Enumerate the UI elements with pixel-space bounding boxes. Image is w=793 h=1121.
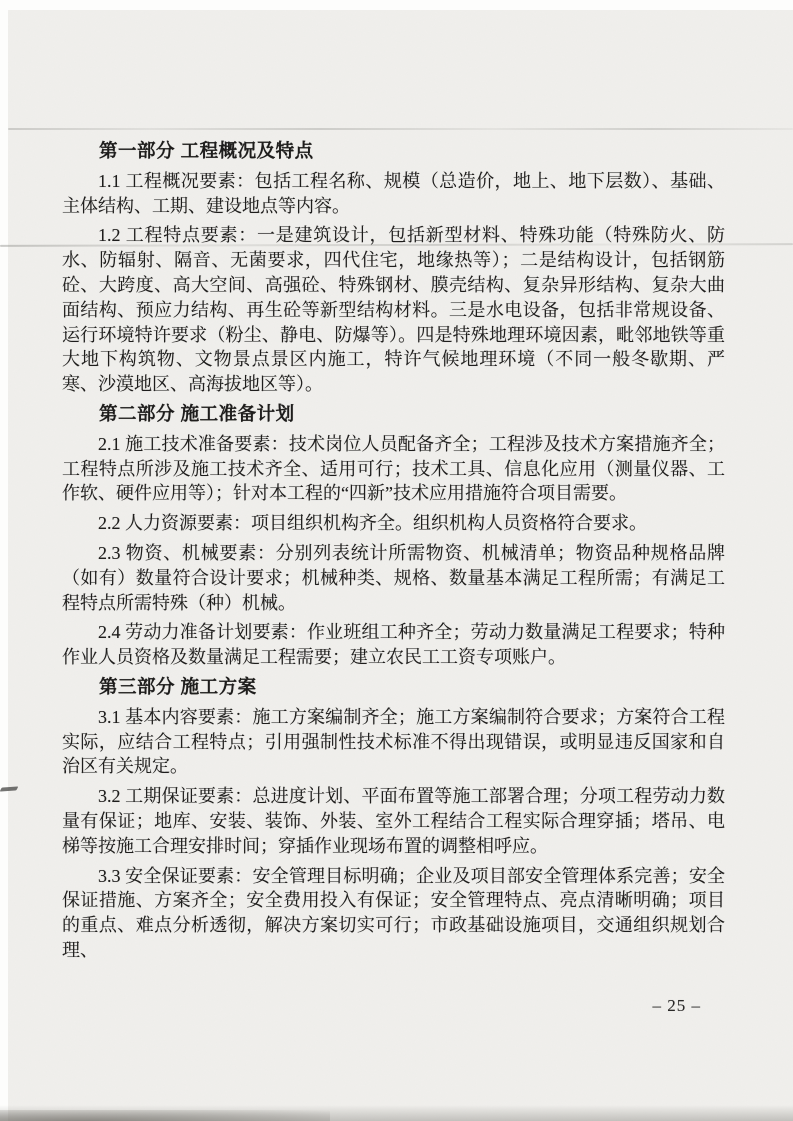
paragraph-1-2: 1.2 工程特点要素：一是建筑设计，包括新型材料、特殊功能（特殊防火、防水、防辐… <box>62 223 725 397</box>
scan-smudge-bottom-left <box>0 1110 330 1121</box>
scan-line-artifact-top <box>8 128 793 130</box>
page-number: – 25 – <box>653 996 702 1016</box>
document-body: 第一部分 工程概况及特点 1.1 工程概况要素：包括工程名称、规模（总造价，地上… <box>62 136 725 968</box>
paragraph-2-2: 2.2 人力资源要素：项目组织机构齐全。组织机构人员资格符合要求。 <box>62 511 725 536</box>
paragraph-3-1: 3.1 基本内容要素：施工方案编制齐全；施工方案编制符合要求；方案符合工程实际，… <box>62 705 725 779</box>
section-heading-part3: 第三部分 施工方案 <box>62 675 725 700</box>
paragraph-2-1: 2.1 施工技术准备要素：技术岗位人员配备齐全；工程涉及技术方案措施齐全；工程特… <box>62 432 725 506</box>
paragraph-3-3: 3.3 安全保证要素：安全管理目标明确；企业及项目部安全管理体系完善；安全保证措… <box>62 864 725 963</box>
scanned-page: 第一部分 工程概况及特点 1.1 工程概况要素：包括工程名称、规模（总造价，地上… <box>0 0 793 1121</box>
section-heading-part1: 第一部分 工程概况及特点 <box>62 139 725 164</box>
paragraph-3-2: 3.2 工期保证要素：总进度计划、平面布置等施工部署合理；分项工程劳动力数量有保… <box>62 784 725 858</box>
paragraph-1-1: 1.1 工程概况要素：包括工程名称、规模（总造价，地上、地下层数）、基础、主体结… <box>62 169 725 219</box>
paragraph-2-4: 2.4 劳动力准备计划要素：作业班组工种齐全；劳动力数量满足工程要求；特种作业人… <box>62 620 725 670</box>
section-heading-part2: 第二部分 施工准备计划 <box>62 402 725 427</box>
paragraph-2-3: 2.3 物资、机械要素：分别列表统计所需物资、机械清单；物资品种规格品牌（如有）… <box>62 541 725 615</box>
